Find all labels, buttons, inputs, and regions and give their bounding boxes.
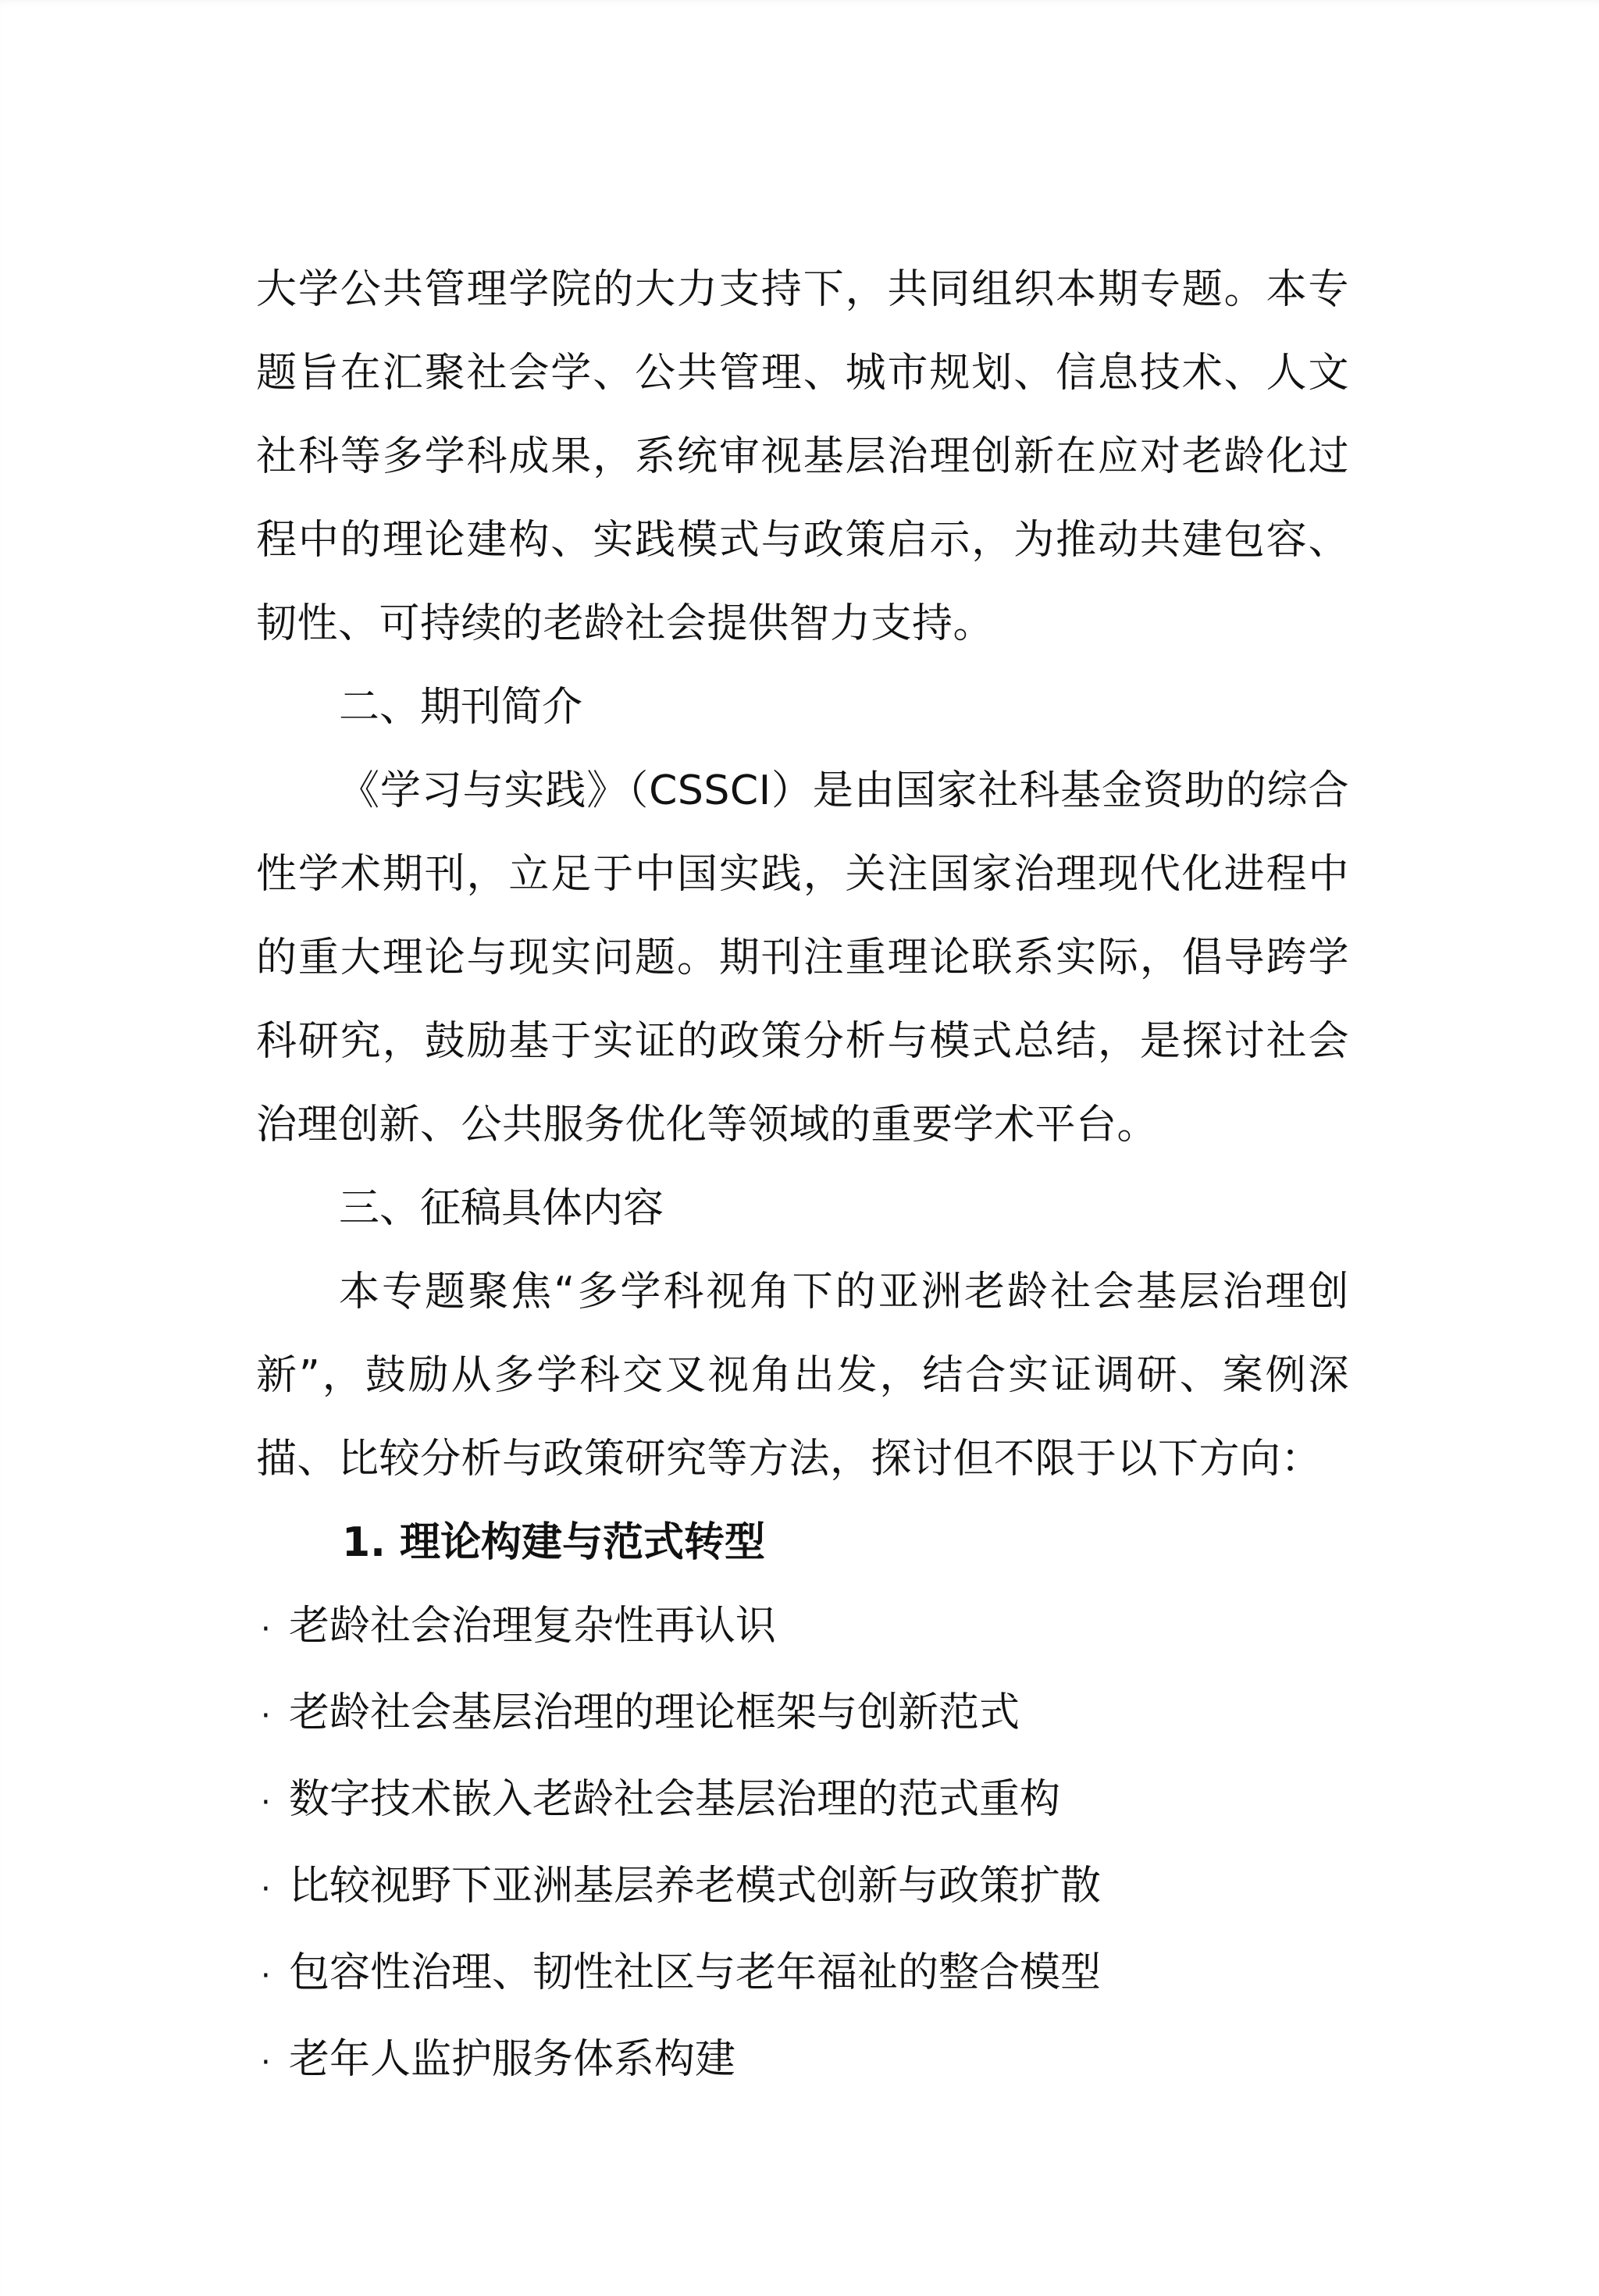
list-item-text: 包容性治理、韧性社区与老年福祉的整合模型: [289, 1931, 1101, 2015]
section-heading-journal-intro: 二、期刊简介: [256, 666, 1349, 749]
list-item-text: 老龄社会治理复杂性再认识: [289, 1585, 776, 1668]
intro-paragraph: 大学公共管理学院的大力支持下，共同组织本期专题。本专题旨在汇聚社会学、公共管理、…: [256, 248, 1349, 666]
section-heading-call-content: 三、征稿具体内容: [256, 1167, 1349, 1251]
list-item-text: 数字技术嵌入老龄社会基层治理的范式重构: [289, 1758, 1060, 1842]
bullet-dot-icon: ·: [256, 1935, 289, 2018]
topic-list: · 老龄社会治理复杂性再认识 · 老龄社会基层治理的理论框架与创新范式 · 数字…: [256, 1585, 1349, 2105]
list-item-text: 比较视野下亚洲基层养老模式创新与政策扩散: [289, 1845, 1101, 1928]
list-item: · 老龄社会治理复杂性再认识: [256, 1585, 1349, 1671]
document-body: 大学公共管理学院的大力支持下，共同组织本期专题。本专题旨在汇聚社会学、公共管理、…: [256, 248, 1349, 2105]
list-item-text: 老龄社会基层治理的理论框架与创新范式: [289, 1671, 1020, 1755]
bullet-dot-icon: ·: [256, 2021, 289, 2105]
call-content-paragraph: 本专题聚焦“多学科视角下的亚洲老龄社会基层治理创新”，鼓励从多学科交叉视角出发，…: [256, 1251, 1349, 1501]
list-item: · 包容性治理、韧性社区与老年福祉的整合模型: [256, 1931, 1349, 2018]
list-item: · 老龄社会基层治理的理论框架与创新范式: [256, 1671, 1349, 1758]
document-page: 大学公共管理学院的大力支持下，共同组织本期专题。本专题旨在汇聚社会学、公共管理、…: [0, 0, 1599, 2296]
subsection-heading-theory: 1. 理论构建与范式转型: [256, 1501, 1349, 1585]
list-item: · 老年人监护服务体系构建: [256, 2018, 1349, 2105]
bullet-dot-icon: ·: [256, 1588, 289, 1671]
journal-intro-paragraph: 《学习与实践》（CSSCI）是由国家社科基金资助的综合性学术期刊，立足于中国实践…: [256, 749, 1349, 1167]
list-item-text: 老年人监护服务体系构建: [289, 2018, 735, 2102]
list-item: · 数字技术嵌入老龄社会基层治理的范式重构: [256, 1758, 1349, 1845]
bullet-dot-icon: ·: [256, 1675, 289, 1758]
bullet-dot-icon: ·: [256, 1761, 289, 1845]
bullet-dot-icon: ·: [256, 1848, 289, 1931]
list-item: · 比较视野下亚洲基层养老模式创新与政策扩散: [256, 1845, 1349, 1931]
